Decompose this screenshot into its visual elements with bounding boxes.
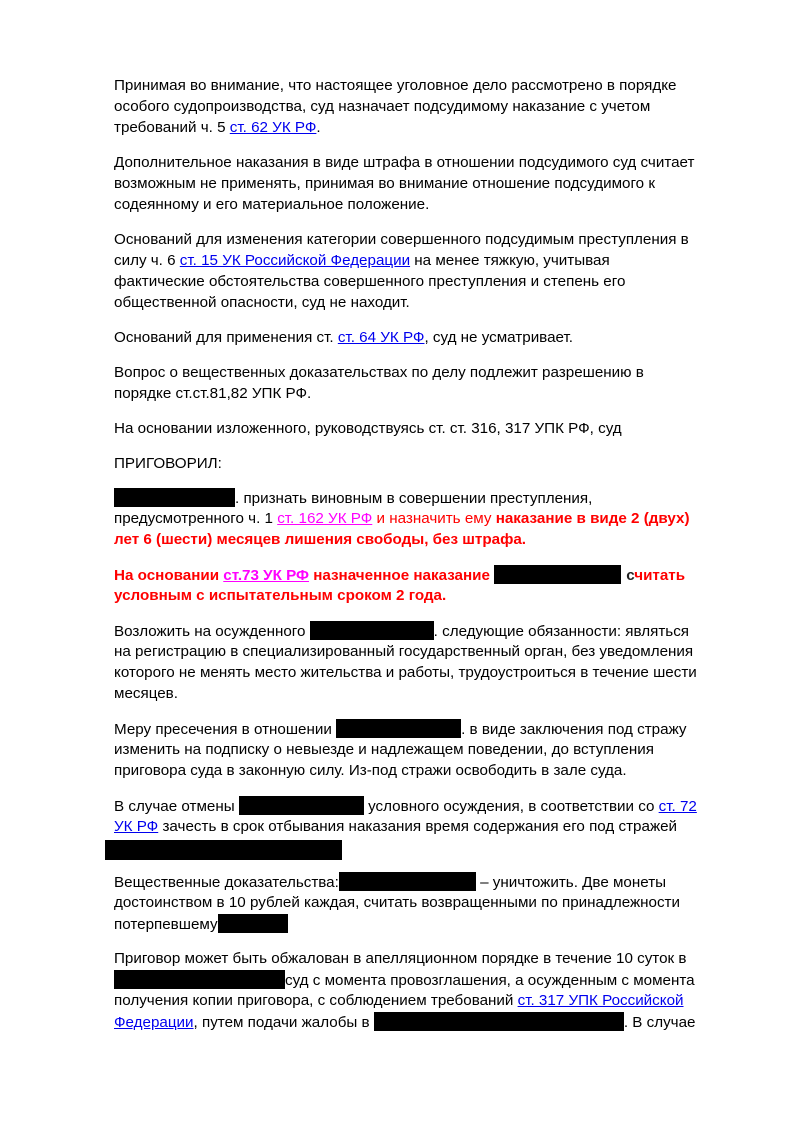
p2-line2: возможным не применять, принимая во вним… <box>114 174 655 194</box>
p2-line1: Дополнительное наказания в виде штрафа в… <box>114 153 694 173</box>
redaction <box>339 872 476 891</box>
redaction <box>114 488 235 507</box>
verdict-heading: ПРИГОВОРИЛ: <box>114 454 222 474</box>
p10-line4: месяцев. <box>114 684 178 704</box>
text: . следующие обязанности: являться <box>434 623 689 640</box>
text: потерпевшему <box>114 916 218 933</box>
redaction <box>105 840 342 860</box>
p11-line1: Меру пресечения в отношении . в виде зак… <box>114 719 687 739</box>
text: читать <box>634 567 685 584</box>
text: В случае отмены <box>114 798 239 815</box>
p1-line1: Принимая во внимание, что настоящее угол… <box>114 76 676 96</box>
p4-line1: Оснований для применения ст. ст. 64 УК Р… <box>114 328 573 348</box>
link-art-72-uk[interactable]: ст. 72 <box>659 798 697 815</box>
redaction <box>494 565 621 584</box>
redaction <box>374 1012 624 1031</box>
link-art-73-uk[interactable]: ст.73 УК РФ <box>223 567 309 584</box>
text: Вещественные доказательства: <box>114 874 339 891</box>
text: – уничтожить. Две монеты <box>476 874 666 891</box>
text: Возложить на осужденного <box>114 623 310 640</box>
text: . признать виновным в совершении преступ… <box>235 490 592 507</box>
p13-line3: потерпевшему <box>114 914 288 934</box>
redaction <box>218 914 288 933</box>
p11-line3: приговора суда в законную силу. Из-под с… <box>114 761 627 781</box>
p1-line3: требований ч. 5 ст. 62 УК РФ. <box>114 118 321 138</box>
redaction <box>310 621 434 640</box>
p12-line1: В случае отмены условного осуждения, в с… <box>114 796 697 816</box>
text: силу ч. 6 <box>114 252 180 269</box>
text: зачесть в срок отбывания наказания время… <box>158 818 677 835</box>
p10-line1: Возложить на осужденного . следующие обя… <box>114 621 689 641</box>
text: условного осуждения, в соответствии со <box>364 798 659 815</box>
text: получения копии приговора, с соблюдением… <box>114 992 518 1009</box>
link-art-162-uk[interactable]: ст. 162 УК РФ <box>277 510 372 527</box>
p1-line2: особого судопроизводства, суд назначает … <box>114 97 650 117</box>
text: требований ч. 5 <box>114 119 230 136</box>
p13-line1: Вещественные доказательства: – уничтожит… <box>114 872 666 892</box>
p5-line1: Вопрос о вещественных доказательствах по… <box>114 363 644 383</box>
link-art-317-upk[interactable]: ст. 317 УПК Российской <box>518 992 684 1009</box>
text: назначенное наказание <box>309 567 494 584</box>
p14-line2: суд с момента провозглашения, а осужденн… <box>114 970 695 990</box>
text: на менее тяжкую, учитывая <box>410 252 610 269</box>
text: . <box>316 119 320 136</box>
link-art-62-uk[interactable]: ст. 62 УК РФ <box>230 119 317 136</box>
p6-line1: На основании изложенного, руководствуясь… <box>114 419 622 439</box>
link-art-15-uk[interactable]: ст. 15 УК Российской Федерации <box>180 252 410 269</box>
p3-line4: общественной опасности, суд не находит. <box>114 293 410 313</box>
text: . в виде заключения под стражу <box>461 721 686 738</box>
p10-line3: которого не менять место жительства и ра… <box>114 663 697 683</box>
p3-line2: силу ч. 6 ст. 15 УК Российской Федерации… <box>114 251 610 271</box>
p8-line3: лет 6 (шести) месяцев лишения свободы, б… <box>114 530 526 550</box>
text: суд с момента провозглашения, а осужденн… <box>285 972 695 989</box>
p8-line2: предусмотренного ч. 1 ст. 162 УК РФ и на… <box>114 509 690 529</box>
text: На основании <box>114 567 223 584</box>
document-page: Принимая во внимание, что настоящее угол… <box>0 0 793 1123</box>
link-art-317-upk-cont[interactable]: Федерации <box>114 1014 194 1031</box>
text: , путем подачи жалобы в <box>194 1014 374 1031</box>
sentence-text: наказание в виде 2 (двух) <box>496 510 690 527</box>
p9-line1: На основании ст.73 УК РФ назначенное нак… <box>114 565 685 585</box>
p9-line2: условным с испытательным сроком 2 года. <box>114 586 446 606</box>
text: предусмотренного ч. 1 <box>114 510 277 527</box>
p10-line2: на регистрацию в специализированный госу… <box>114 642 693 662</box>
text: Меру пресечения в отношении <box>114 721 336 738</box>
p14-line3: получения копии приговора, с соблюдением… <box>114 991 684 1011</box>
p13-line2: достоинством в 10 рублей каждая, считать… <box>114 893 680 913</box>
text: Оснований для применения ст. <box>114 329 338 346</box>
redaction <box>114 970 285 989</box>
text: , суд не усматривает. <box>424 329 573 346</box>
text: и назначить ему <box>372 510 495 527</box>
link-art-64-uk[interactable]: ст. 64 УК РФ <box>338 329 425 346</box>
p14-line4: Федерации, путем подачи жалобы в . В слу… <box>114 1012 695 1032</box>
p8-line1: . признать виновным в совершении преступ… <box>114 488 592 508</box>
text: . В случае <box>624 1014 696 1031</box>
p11-line2: изменить на подписку о невыезде и надлеж… <box>114 740 654 760</box>
p14-line1: Приговор может быть обжалован в апелляци… <box>114 949 686 969</box>
redaction <box>239 796 364 815</box>
p3-line1: Оснований для изменения категории соверш… <box>114 230 689 250</box>
p2-line3: содеянному и его материальное положение. <box>114 195 429 215</box>
p5-line2: порядке ст.ст.81,82 УПК РФ. <box>114 384 311 404</box>
p3-line3: фактические обстоятельства совершенного … <box>114 272 625 292</box>
link-art-72-uk-cont[interactable]: УК РФ <box>114 818 158 835</box>
p12-line2: УК РФ зачесть в срок отбывания наказания… <box>114 817 677 837</box>
redaction <box>336 719 461 738</box>
